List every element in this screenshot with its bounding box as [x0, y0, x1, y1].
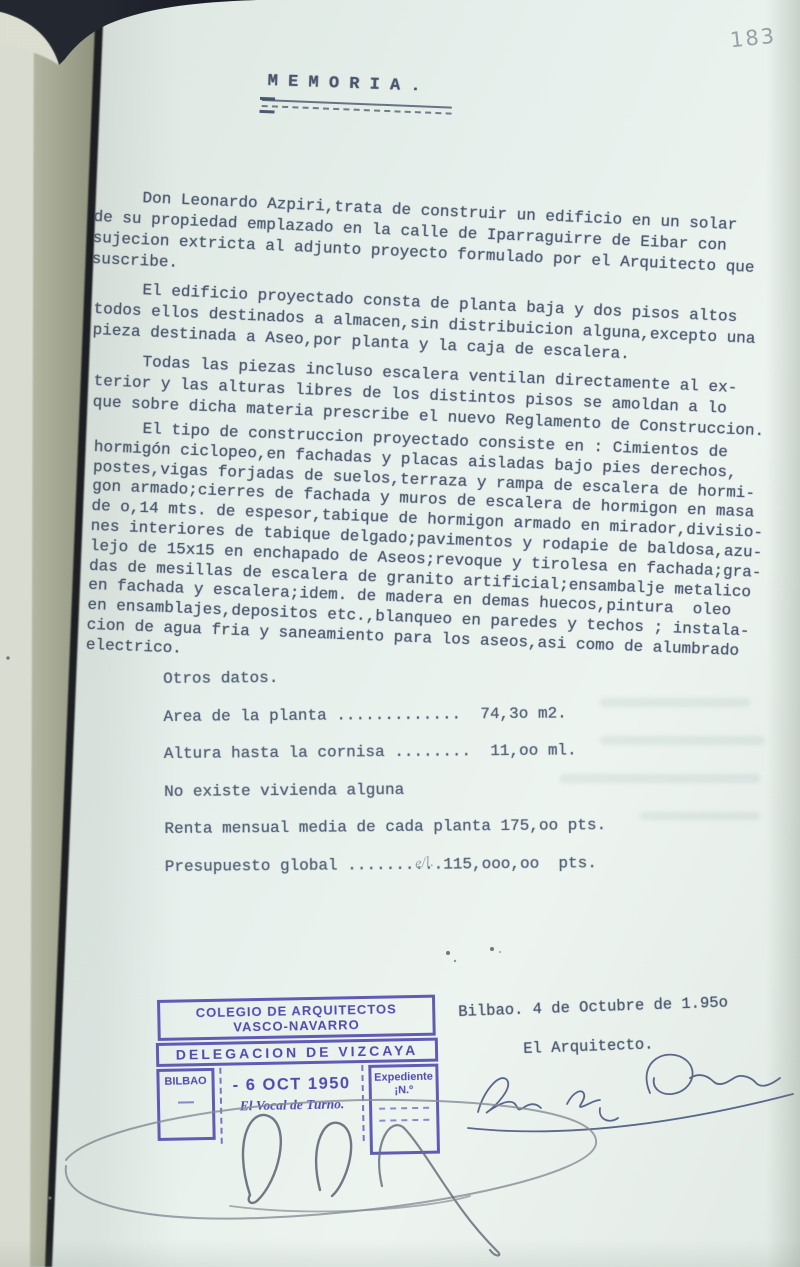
vocal-signature: [66, 1100, 596, 1256]
signatures-overlay: [0, 0, 800, 1267]
scanned-document-page: 183 M E M O R I A . Don Leonardo Azpiri,…: [0, 0, 800, 1267]
architect-signature: [468, 1055, 793, 1132]
